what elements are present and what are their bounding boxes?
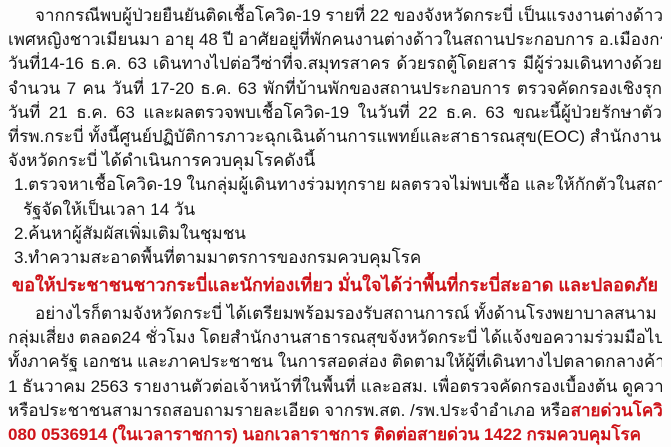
text-line: ที่รพ.กระบี่ ทั้งนี้ศูนย์ปฏิบัติการภาวะฉ… xyxy=(8,125,662,149)
list-item: 1.ตรวจหาเชื้อโควิด-19 ในกลุ่มผู้เดินทางร… xyxy=(8,173,662,197)
list-item: 2.ค้นหาผู้สัมผัสเพิ่มเติมในชุมชน xyxy=(8,222,662,246)
closing-paragraph: อย่างไรก็ตามจังหวัดกระบี่ ได้เตรียมพร้อม… xyxy=(8,302,662,447)
list-item-continuation: รัฐจัดให้เป็นเวลา 14 วัน xyxy=(8,198,662,222)
text-line: กลุ่มเสี่ยง ตลอด24 ชั่วโมง โดยสำนักงานสา… xyxy=(8,326,662,350)
safety-message: ขอให้ประชาชนชาวกระบี่และนักท่องเที่ยว มั… xyxy=(8,272,662,298)
text-line: วันที่ 21 ธ.ค. 63 และผลตรวจพบเชื้อโควิด-… xyxy=(8,101,662,125)
text-line: อย่างไรก็ตามจังหวัดกระบี่ ได้เตรียมพร้อม… xyxy=(8,302,662,326)
text-line: วันที่14-16 ธ.ค. 63 เดินทางไปต่อวีซ่าที่… xyxy=(8,52,662,76)
text-line: ทั้งภาครัฐ เอกชน และภาคประชาชน ในการสอดส… xyxy=(8,350,662,374)
text-line: เพศหญิงชาวเมียนมา อายุ 48 ปี อาศัยอยู่ที… xyxy=(8,28,662,52)
hotline-numbers: 080 0536914 (ในเวลาราชการ) นอกเวลาราชการ… xyxy=(8,423,662,447)
hotline-intro: หรือประชาชนสามารถสอบถามรายละเอียด จากรพ.… xyxy=(8,401,571,420)
hotline-name: สายด่วนโควิดกระบี่ xyxy=(571,401,662,420)
text-line: จากกรณีพบผู้ป่วยยืนยันติดเชื้อโควิด-19 ร… xyxy=(8,4,662,28)
text-line: จังหวัดกระบี่ ได้ดำเนินการควบคุมโรคดังนี… xyxy=(8,149,662,173)
list-item: 3.ทำความสะอาดพื้นที่ตามมาตรการของกรมควบค… xyxy=(8,246,662,270)
announcement-document: จากกรณีพบผู้ป่วยยืนยันติดเชื้อโควิด-19 ร… xyxy=(0,0,671,447)
text-line: 1 ธันวาคม 2563 รายงานตัวต่อเจ้าหน้าที่ใน… xyxy=(8,375,662,399)
intro-paragraph: จากกรณีพบผู้ป่วยยืนยันติดเชื้อโควิด-19 ร… xyxy=(8,4,662,173)
text-line: จำนวน 7 คน วันที่ 17-20 ธ.ค. 63 พักที่บ้… xyxy=(8,77,662,101)
measures-list: 1.ตรวจหาเชื้อโควิด-19 ในกลุ่มผู้เดินทางร… xyxy=(8,173,662,270)
text-line: หรือประชาชนสามารถสอบถามรายละเอียด จากรพ.… xyxy=(8,399,662,423)
